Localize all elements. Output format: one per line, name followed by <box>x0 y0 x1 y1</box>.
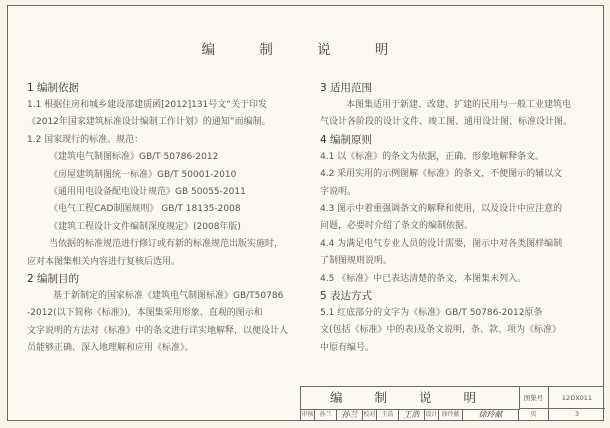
principle-line: 问题，必要时介绍了条文的编制依据。 <box>320 218 592 235</box>
page-title: 编 制 说 明 <box>0 38 610 58</box>
standard-item: 《电气工程CAD制图规则》 GB/T 18135-2008 <box>27 201 297 218</box>
scope-line: 气设计各阶段的设计文件、竣工图、通用设计图、标准设计图。 <box>320 114 592 131</box>
expression-line: 文(包括《标准》中的表)及条文说明，条、款、项为《标准》 <box>320 322 592 339</box>
principle-line: 4.2 采用实用的示例图解《标准》的条文，不便图示的辅以文 <box>320 166 592 183</box>
page-number: 3 <box>549 409 605 421</box>
section-3-heading: 3 适用范围 <box>320 80 592 97</box>
scope-line: 本图集适用于新建、改建、扩建的民用与一般工业建筑电 <box>320 97 592 114</box>
clause-1-1-line2: 《2012年国家建筑标准设计编制工作计划》的通知”而编制。 <box>27 114 297 131</box>
page-label: 页 <box>519 409 549 421</box>
designer-name: 徐玲献 <box>439 409 463 421</box>
expression-line: 中原有编号。 <box>320 340 592 357</box>
design-label: 设计 <box>425 409 439 421</box>
revision-note-line1: 当依据的标准规范进行修订或有新的标准规范出版实施时， <box>27 236 297 253</box>
signature-row: 审核 孙兰 孙兰 校对 王浩 王浩 设计 徐玲献 徐玲献 页 3 <box>301 409 605 421</box>
right-column: 3 适用范围 本图集适用于新建、改建、扩建的民用与一般工业建筑电 气设计各阶段的… <box>320 80 592 357</box>
purpose-line: 员能够正确、深入地理解和应用《标准》。 <box>27 340 297 357</box>
checker-signature: 王浩 <box>399 409 425 421</box>
section-4-heading: 4 编制原则 <box>320 132 592 149</box>
title-block-title: 编 制 说 明 <box>301 387 520 410</box>
clause-1-2: 1.2 国家现行的标准、规范： <box>27 132 297 149</box>
principle-line: 4.5 《标准》中已表达清楚的条文，本图集未列入。 <box>320 271 592 288</box>
standard-item: 《建筑电气制图标准》GB/T 50786-2012 <box>27 149 297 166</box>
reviewer-signature: 孙兰 <box>337 409 363 421</box>
standard-item: 《通用用电设备配电设计规范》GB 50055-2011 <box>27 184 297 201</box>
section-1-heading: 1 编制依据 <box>27 80 297 97</box>
principle-line: 了制图规则说明。 <box>320 253 592 270</box>
section-2-heading: 2 编制目的 <box>27 271 297 288</box>
atlas-number-label: 图集号 <box>519 387 549 409</box>
designer-signature: 徐玲献 <box>463 409 519 421</box>
standard-item: 《房屋建筑制图统一标准》GB/T 50001-2010 <box>27 167 297 184</box>
revision-note-line2: 应对本图集相关内容进行复核后选用。 <box>27 254 297 271</box>
atlas-number: 12DX011 <box>549 387 605 409</box>
check-label: 校对 <box>363 409 377 421</box>
principle-line: 4.1 以《标准》的条文为依据，正确、形象地解释条文。 <box>320 149 592 166</box>
principle-line: 4.3 图示中着重强调条文的解释和使用，以及设计中应注意的 <box>320 201 592 218</box>
principle-line: 字说明。 <box>320 184 592 201</box>
purpose-line: 文字说明的方法对《标准》中的条文进行详实地解释，以便设计人 <box>27 323 297 340</box>
clause-1-1-line1: 1.1 根据住房和城乡建设部建质函[2012]131号文“关于印发 <box>27 97 297 114</box>
checker-name: 王浩 <box>377 409 399 421</box>
reviewer-name: 孙兰 <box>315 409 337 421</box>
title-block: 编 制 说 明 图集号 12DX011 审核 孙兰 孙兰 校对 王浩 王浩 设计… <box>300 386 604 421</box>
left-column: 1 编制依据 1.1 根据住房和城乡建设部建质函[2012]131号文“关于印发… <box>27 80 297 358</box>
principle-line: 4.4 为满足电气专业人员的设计需要，图示中对各类图样编制 <box>320 236 592 253</box>
expression-line: 5.1 红底部分的文字为《标准》GB/T 50786-2012原条 <box>320 305 592 322</box>
purpose-line: -2012(以下简称《标准》)，本图集采用形象、直观的图示和 <box>27 305 297 322</box>
standard-item: 《建筑工程设计文件编制深度规定》(2008年版) <box>27 219 297 236</box>
purpose-line: 基于新制定的国家标准《建筑电气制图标准》GB/T50786 <box>27 288 297 305</box>
section-5-heading: 5 表达方式 <box>320 288 592 305</box>
review-label: 审核 <box>301 409 315 421</box>
